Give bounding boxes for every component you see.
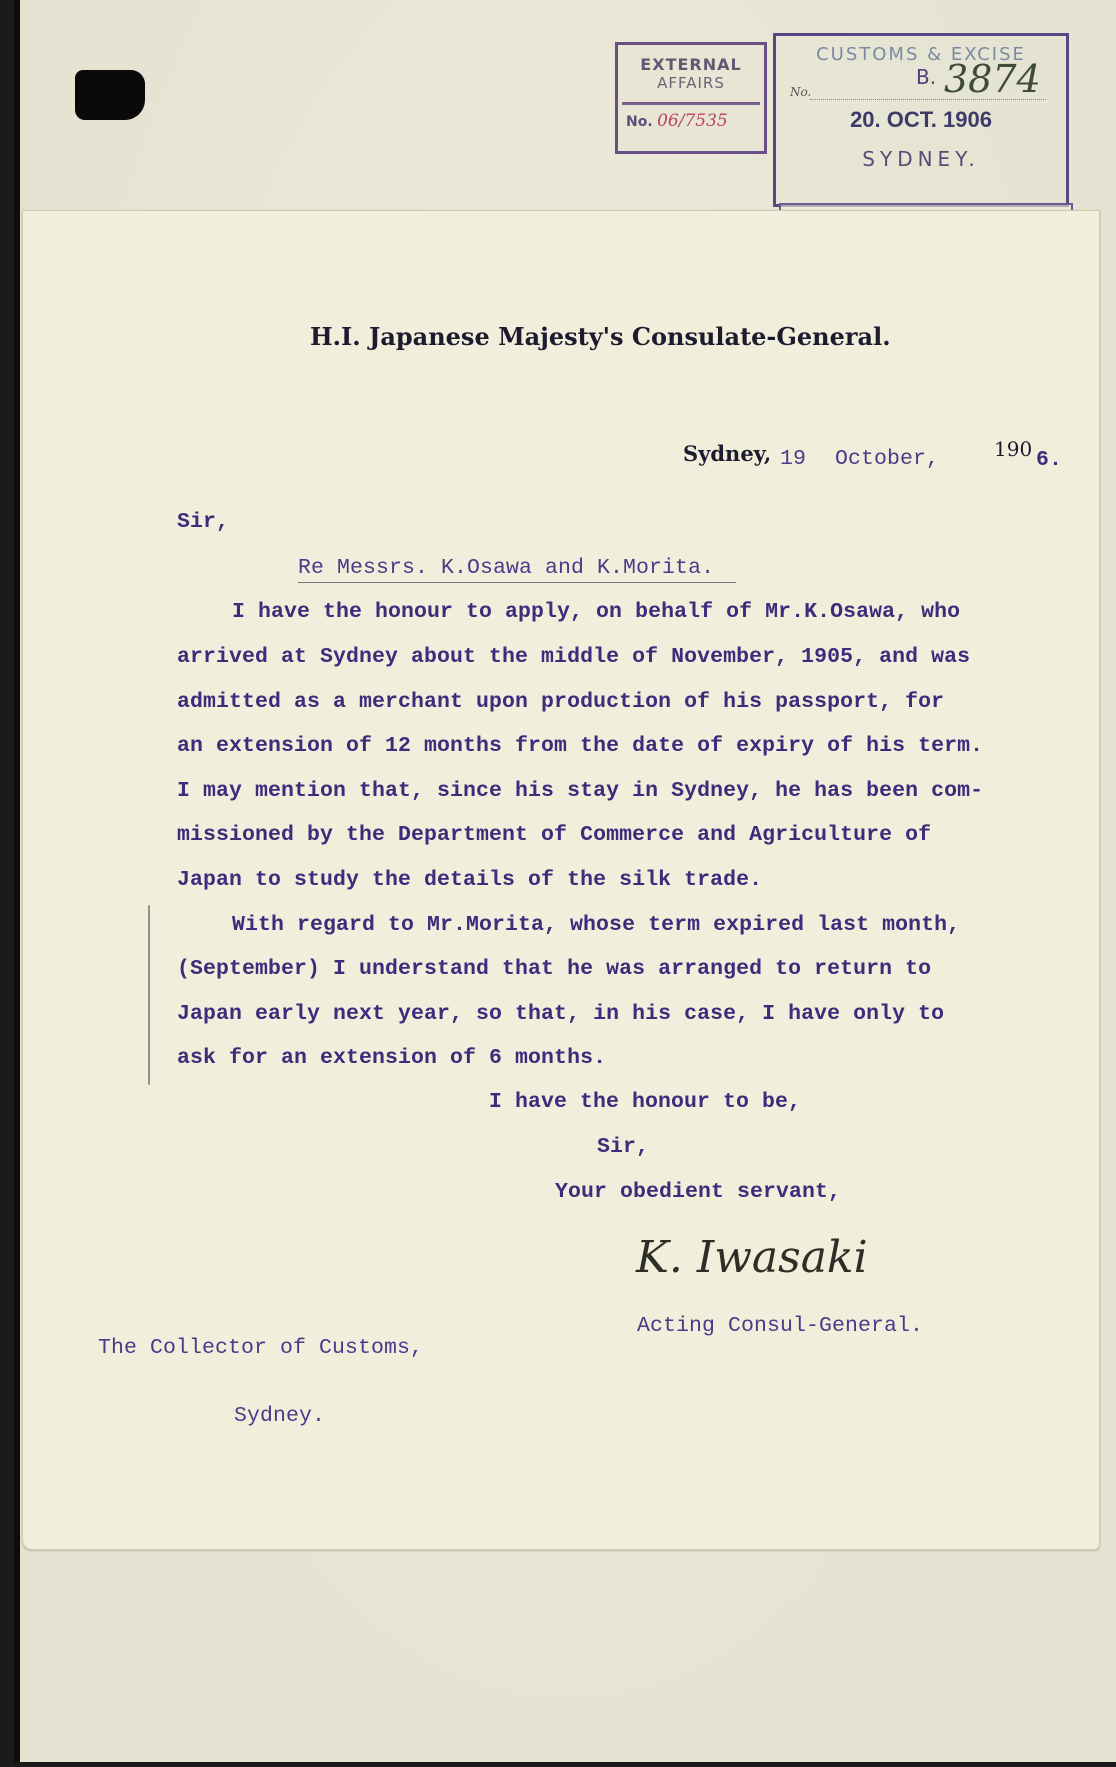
date-year-prefix: 190 (994, 437, 1032, 461)
stamp-number-prefix: No. (626, 114, 653, 130)
body-line: admitted as a merchant upon production o… (177, 690, 944, 714)
date-day: 19 (780, 447, 806, 471)
body-line: arrived at Sydney about the middle of No… (177, 645, 970, 669)
addressee-line-2: Sydney. (234, 1404, 325, 1428)
customs-city: SYDNEY. (776, 147, 1066, 171)
body-line: Japan early next year, so that, in his c… (177, 1002, 944, 1026)
body-line: ask for an extension of 6 months. (177, 1046, 606, 1070)
body-line: I may mention that, since his stay in Sy… (177, 779, 983, 803)
customs-excise-stamp: CUSTOMS & EXCISE No. B. 3874 20. OCT. 19… (773, 33, 1069, 207)
signatory-title: Acting Consul-General. (637, 1314, 923, 1338)
stamp-number: 06/7535 (657, 111, 728, 131)
signature: K. Iwasaki (636, 1232, 868, 1283)
body-line: missioned by the Department of Commerce … (177, 823, 931, 847)
date-year-suffix: 6. (1036, 448, 1062, 472)
stamp-divider (622, 102, 760, 105)
body-line: I have the honour to apply, on behalf of… (232, 600, 960, 624)
external-affairs-stamp: EXTERNAL AFFAIRS No. 06/7535 (615, 42, 767, 154)
body-line: an extension of 12 months from the date … (177, 734, 983, 758)
date-place: Sydney, (683, 441, 771, 466)
stamp-line2: AFFAIRS (618, 74, 764, 92)
closing-line-1: I have the honour to be, (489, 1090, 801, 1114)
salutation: Sir, (177, 510, 229, 534)
body-line: Japan to study the details of the silk t… (177, 868, 762, 892)
body-line: (September) I understand that he was arr… (177, 957, 931, 981)
stamp-line1: EXTERNAL (618, 55, 764, 74)
closing-line-2: Sir, (597, 1135, 649, 1159)
letterhead: H.I. Japanese Majesty's Consulate-Genera… (310, 322, 891, 351)
customs-no-label: No. (790, 85, 811, 99)
customs-number: 3874 (944, 57, 1041, 101)
date-month: October, (835, 447, 939, 471)
punch-hole (75, 70, 145, 120)
body-line: With regard to Mr.Morita, whose term exp… (232, 913, 960, 937)
closing-line-3: Your obedient servant, (555, 1180, 841, 1204)
subject-line: Re Messrs. K.Osawa and K.Morita. (298, 556, 714, 580)
customs-series: B. (916, 65, 936, 89)
addressee-line-1: The Collector of Customs, (98, 1336, 423, 1360)
subject-underline (298, 582, 736, 583)
margin-pencil-line (148, 905, 150, 1085)
customs-date: 20. OCT. 1906 (776, 107, 1066, 133)
